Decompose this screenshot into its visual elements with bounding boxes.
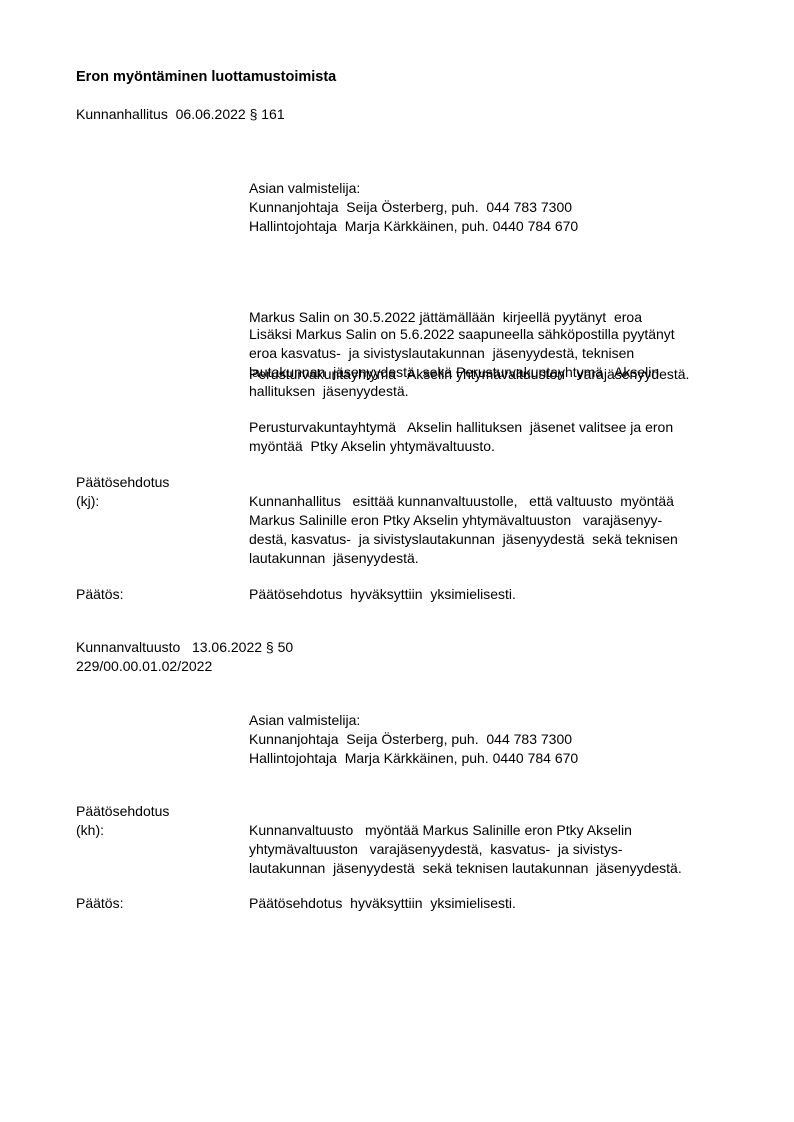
paragraph-line: hallituksen jäsenyydestä. <box>249 382 675 401</box>
proposal-label-line1: Päätösehdotus <box>76 802 169 821</box>
proposal-line: Kunnanvaltuusto myöntää Markus Salinille… <box>249 821 682 840</box>
paragraph-line: eroa kasvatus- ja sivistyslautakunnan jä… <box>249 344 675 363</box>
document-title: Eron myöntäminen luottamustoimista <box>76 68 336 87</box>
decision-text-2: Päätösehdotus hyväksyttiin yksimielisest… <box>249 894 516 913</box>
preparer-line: Kunnanjohtaja Seija Österberg, puh. 044 … <box>249 730 578 749</box>
proposal-label-line1: Päätösehdotus <box>76 473 169 492</box>
paragraph-line: lautakunnan jäsenyydestä sekä Perusturva… <box>249 363 675 382</box>
proposal-text-1: Kunnanhallitus esittää kunnanvaltuustoll… <box>249 492 678 568</box>
preparer-line: Kunnanjohtaja Seija Österberg, puh. 044 … <box>249 198 578 217</box>
diary-number: 229/00.00.01.02/2022 <box>76 657 212 676</box>
proposal-text-2: Kunnanvaltuusto myöntää Markus Salinille… <box>249 821 682 878</box>
proposal-line: lautakunnan jäsenyydestä sekä teknisen l… <box>249 859 682 878</box>
proposal-line: yhtymävaltuuston varajäsenyydestä, kasva… <box>249 840 682 859</box>
proposal-line: Kunnanhallitus esittää kunnanvaltuustoll… <box>249 492 678 511</box>
paragraph-line: Perusturvakuntayhtymä Akselin hallitukse… <box>249 418 673 437</box>
paragraph-line: myöntää Ptky Akselin yhtymävaltuusto. <box>249 437 673 456</box>
paragraph-line: Lisäksi Markus Salin on 5.6.2022 saapune… <box>249 325 675 344</box>
preparer-block-1: Asian valmistelija: Kunnanjohtaja Seija … <box>249 179 578 236</box>
proposal-label-1: Päätösehdotus (kj): <box>76 473 169 511</box>
proposal-line: lautakunnan jäsenyydestä. <box>249 549 678 568</box>
meeting-header-kunnanvaltuusto: Kunnanvaltuusto 13.06.2022 § 50 <box>76 638 293 657</box>
proposal-label-2: Päätösehdotus (kh): <box>76 802 169 840</box>
decision-label-2: Päätös: <box>76 894 123 913</box>
meeting-header-kunnanhallitus: Kunnanhallitus 06.06.2022 § 161 <box>76 105 285 124</box>
proposal-line: destä, kasvatus- ja sivistyslautakunnan … <box>249 530 678 549</box>
paragraph-3: Perusturvakuntayhtymä Akselin hallitukse… <box>249 418 673 456</box>
proposal-line: Markus Salinille eron Ptky Akselin yhtym… <box>249 511 678 530</box>
decision-label-1: Päätös: <box>76 585 123 604</box>
preparer-line: Hallintojohtaja Marja Kärkkäinen, puh. 0… <box>249 749 578 768</box>
proposal-label-line2: (kj): <box>76 492 169 511</box>
preparer-heading: Asian valmistelija: <box>249 711 578 730</box>
decision-text-1: Päätösehdotus hyväksyttiin yksimielisest… <box>249 585 516 604</box>
paragraph-2: Lisäksi Markus Salin on 5.6.2022 saapune… <box>249 325 675 401</box>
preparer-heading: Asian valmistelija: <box>249 179 578 198</box>
proposal-label-line2: (kh): <box>76 821 169 840</box>
preparer-block-2: Asian valmistelija: Kunnanjohtaja Seija … <box>249 711 578 768</box>
preparer-line: Hallintojohtaja Marja Kärkkäinen, puh. 0… <box>249 217 578 236</box>
